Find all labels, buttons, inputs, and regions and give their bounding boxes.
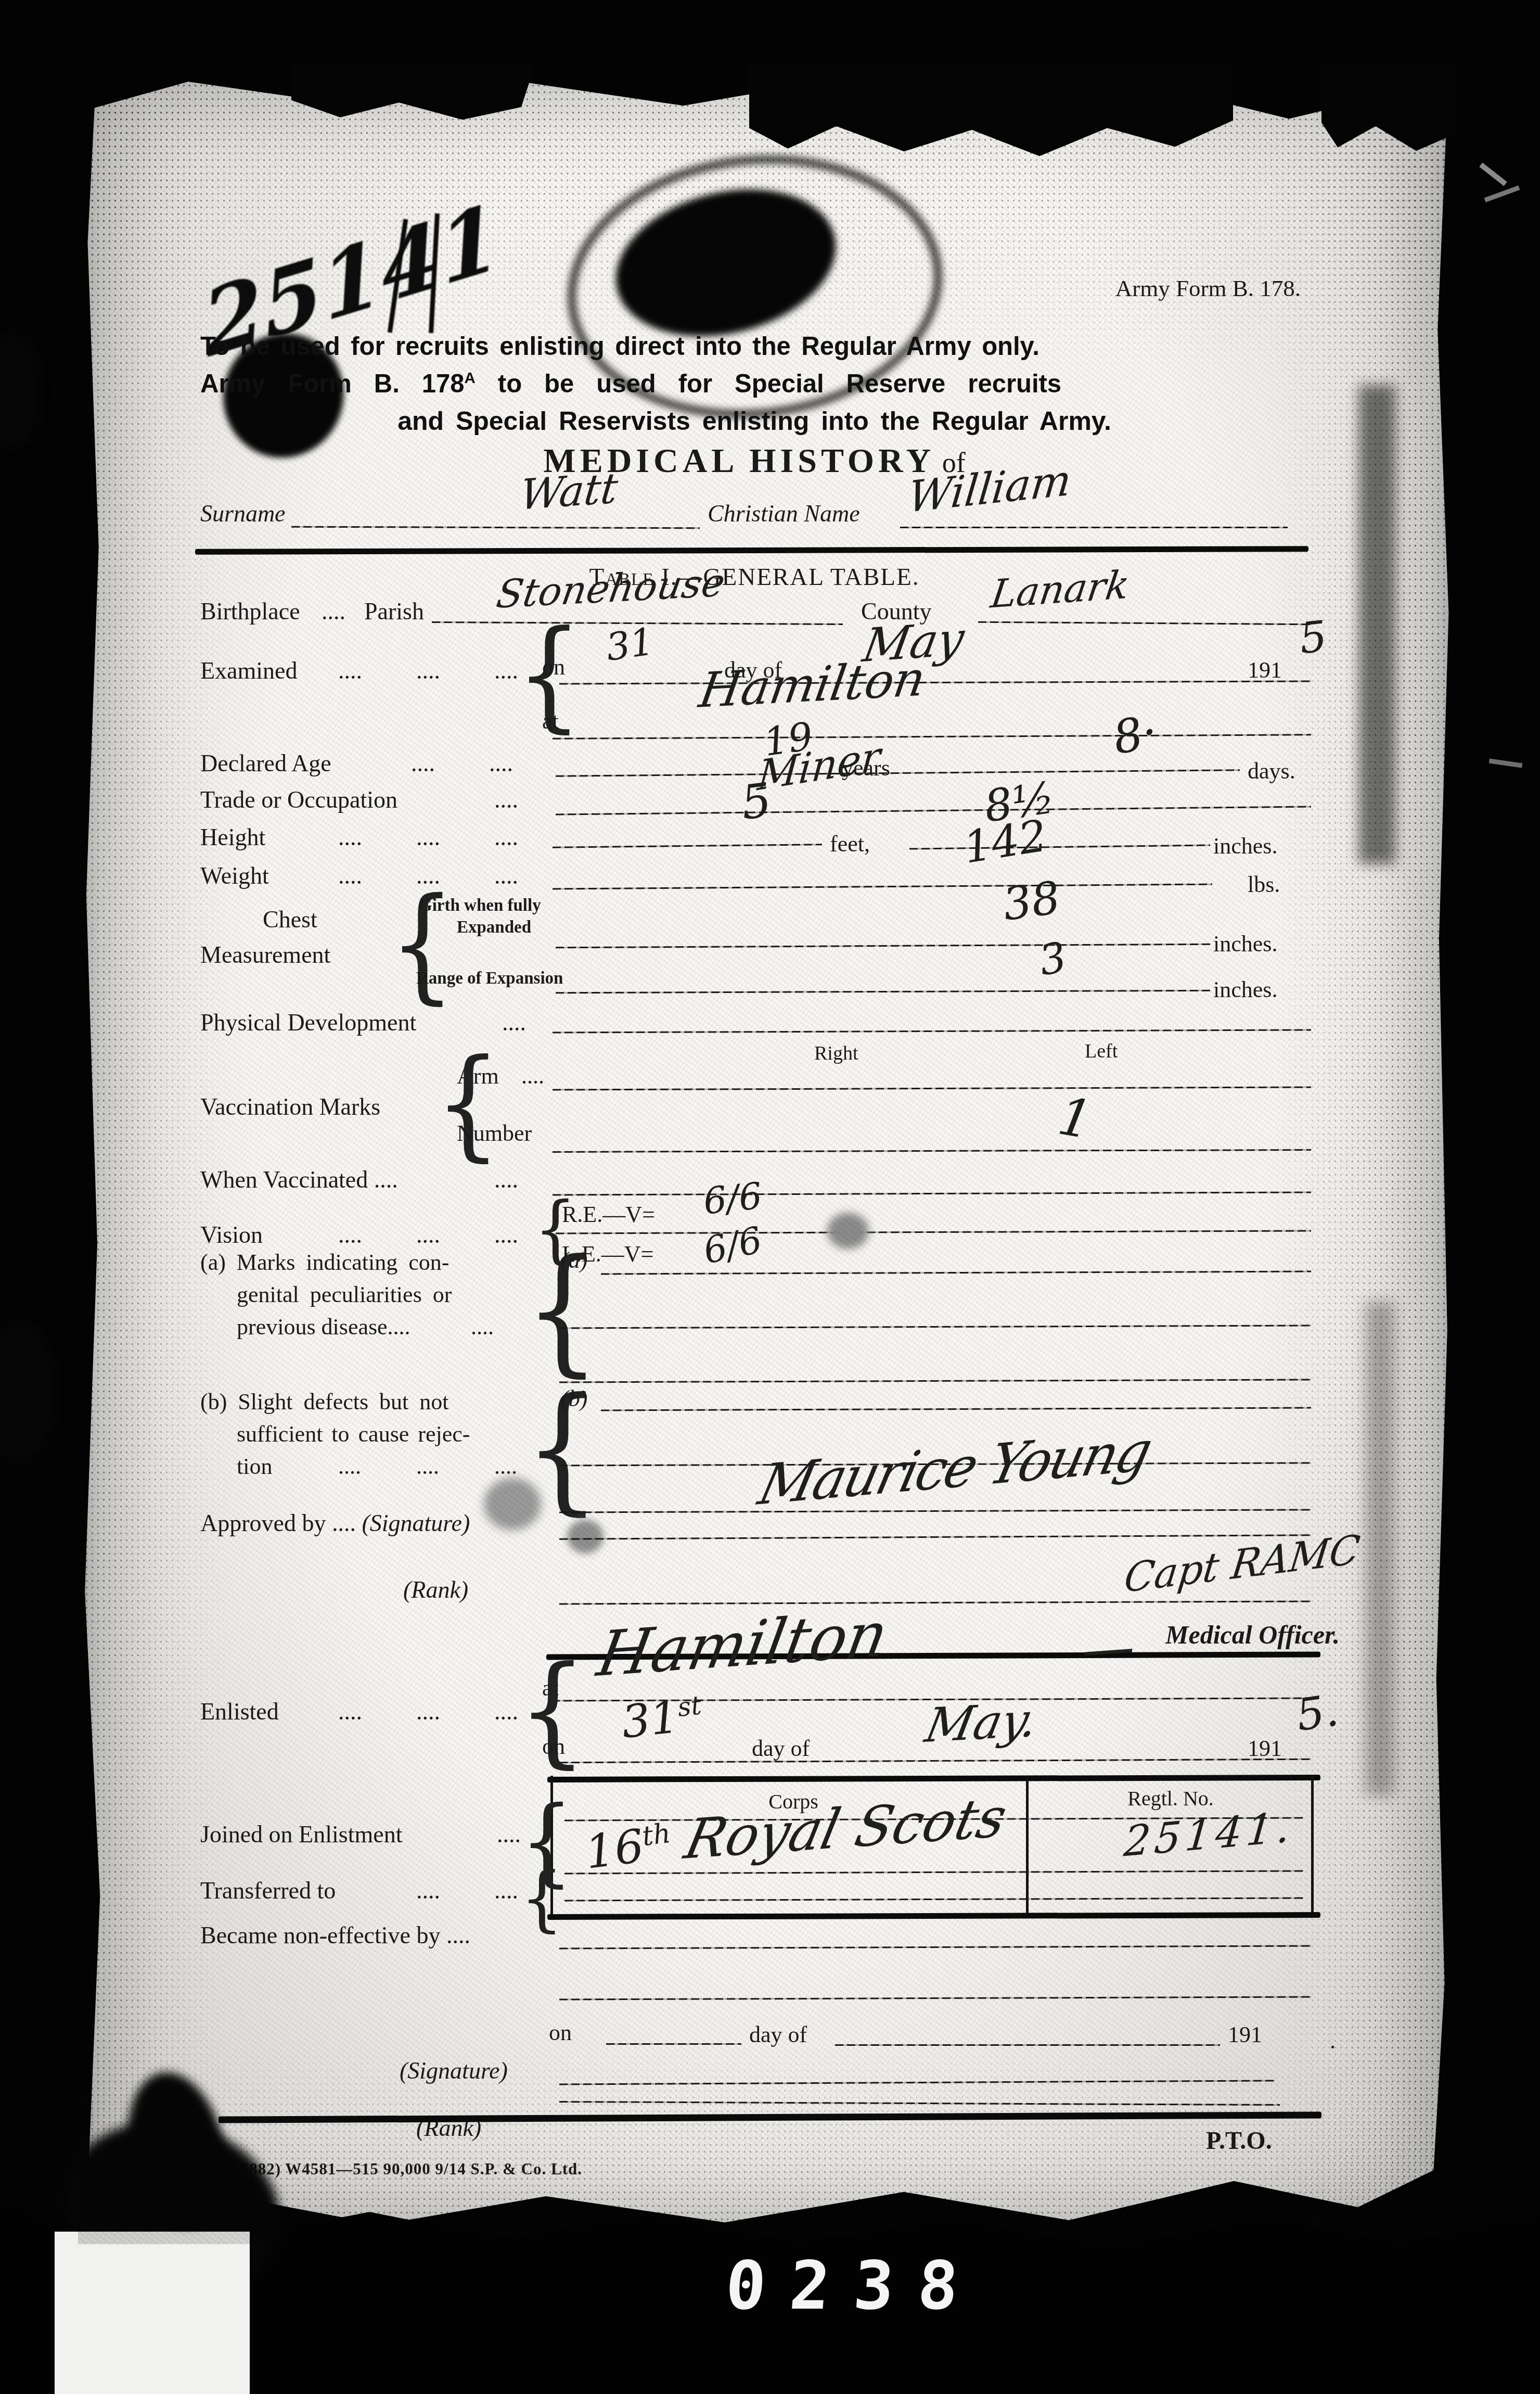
enlisted-year-prefix: 191 <box>1248 1735 1282 1762</box>
christian-name-label: Christian Name <box>708 500 860 527</box>
dot-leader: .... <box>494 823 518 851</box>
trade-label: Trade or Occupation <box>200 786 397 813</box>
a-text-2: genital peculiarities or <box>237 1281 452 1308</box>
stain <box>567 1520 604 1553</box>
number-label: Number <box>457 1120 532 1147</box>
scan-bottom-white-patch <box>55 2232 250 2394</box>
dot-leader: .... <box>338 1221 362 1249</box>
chest-label-2: Measurement <box>200 941 330 969</box>
vaccination-marks-label: Vaccination Marks <box>200 1093 380 1120</box>
notice-line-3: and Special Reservists enlisting into th… <box>200 406 1308 436</box>
feet-label: feet, <box>830 831 870 857</box>
scan-edge-blotch <box>0 1322 57 1462</box>
dot-leader: .... <box>338 862 362 889</box>
inches-label-3: inches. <box>1213 976 1277 1003</box>
enlisted-day-handwriting: 31st <box>619 1688 705 1749</box>
dot-leader: .... <box>416 1877 440 1904</box>
examined-at-label: at <box>542 708 559 734</box>
approved-signature-label: (Signature) <box>362 1510 470 1536</box>
dot-leader: .... <box>416 823 440 851</box>
rank-label-top: (Rank) <box>403 1576 468 1603</box>
dot-leader: .... <box>411 749 435 777</box>
dot-leader: .... <box>338 657 362 684</box>
dot-leader: .... <box>471 1314 494 1340</box>
dot-leader: .... <box>494 1166 518 1193</box>
scan-streak-right <box>1359 385 1395 864</box>
parish-label: Parish <box>364 597 424 625</box>
when-vaccinated-label: When Vaccinated .... <box>200 1166 398 1193</box>
notice-line-2-sup: A <box>465 370 476 387</box>
examined-year-prefix: 191 <box>1248 657 1282 683</box>
page-title: MEDICAL HISTORY of <box>200 441 1308 481</box>
enlisted-dayof-label: day of <box>752 1735 810 1762</box>
bottom-dayof-line <box>835 2044 1220 2046</box>
corps-num: 16 <box>582 1819 647 1879</box>
examined-year-handwriting: 5 <box>1297 612 1329 664</box>
bottom-on-line <box>606 2043 741 2045</box>
scanned-army-form: 25141 Army Form B. 178. To be used for r… <box>0 0 1540 2394</box>
right-column-label: Right <box>814 1042 858 1065</box>
inches-label-2: inches. <box>1213 931 1277 957</box>
scan-edge-blotch <box>0 333 42 448</box>
corps-table-divider <box>1026 1777 1029 1915</box>
stain <box>827 1213 869 1249</box>
girth-label-2: Expanded <box>457 918 531 937</box>
joined-on-enlistment-label: Joined on Enlistment <box>200 1820 402 1848</box>
pen-mark <box>1489 759 1523 768</box>
approved-by-text: Approved by .... <box>200 1510 356 1536</box>
dot-leader: .... <box>494 1877 518 1904</box>
dot-leader: .... <box>497 1820 521 1848</box>
enlisted-on-label: on <box>542 1733 565 1760</box>
transferred-to-label: Transferred to <box>200 1877 336 1904</box>
notice-line-2-pre: Army Form B. 178 <box>200 369 465 398</box>
stain <box>484 1478 541 1530</box>
dot-leader: .... <box>521 1063 544 1089</box>
dot-leader: .... <box>322 597 345 625</box>
dot-leader: .... <box>338 1453 361 1480</box>
corps-table-right-border <box>1311 1776 1314 1915</box>
dot-leader: .... <box>494 1698 518 1725</box>
dot-leader: .... <box>416 657 440 684</box>
bottom-year-period: . <box>1330 2028 1336 2054</box>
pen-mark <box>1484 185 1520 202</box>
enlisted-month-handwriting: May. <box>921 1692 1043 1753</box>
corps-num-handwriting: 16th <box>582 1815 675 1879</box>
dot-leader: .... <box>494 786 518 813</box>
b-text-2: sufficient to cause rejec- <box>237 1421 470 1447</box>
dot-leader: .... <box>416 1698 440 1725</box>
vision-re-handwriting: 6/6 <box>701 1174 764 1223</box>
a-text-1: (a) Marks indicating con- <box>200 1249 449 1276</box>
vision-re-label: R.E.—V= <box>562 1201 655 1228</box>
enlisted-day-num: 31 <box>619 1691 681 1749</box>
left-column-label: Left <box>1085 1040 1118 1063</box>
physical-dev-label: Physical Development <box>200 1009 416 1036</box>
dot-leader: .... <box>416 1453 439 1480</box>
scan-streak-right <box>1366 1301 1394 1796</box>
a-text-3: previous disease.... <box>237 1314 410 1340</box>
corps-num-suffix: th <box>640 1818 672 1852</box>
chest-label-1: Chest <box>263 906 317 933</box>
days-label: days. <box>1248 758 1295 784</box>
dot-leader: .... <box>494 1221 518 1249</box>
girth-label-1: Girth when fully <box>419 896 541 915</box>
pto-label: P.T.O. <box>1206 2126 1272 2155</box>
dot-leader: .... <box>416 1221 440 1249</box>
age-days-handwriting: 8· <box>1109 704 1162 765</box>
declared-age-label: Declared Age <box>200 749 331 777</box>
christian-name-line <box>900 527 1288 528</box>
form-number: Army Form B. 178. <box>1041 275 1301 302</box>
height-label: Height <box>200 823 265 851</box>
print-code: (15882) W4581—515 90,000 9/14 S.P. & Co.… <box>226 2160 582 2179</box>
birthplace-label: Birthplace <box>200 597 300 625</box>
examined-label: Examined <box>200 657 298 684</box>
enlisted-label: Enlisted <box>200 1698 279 1725</box>
chest-girth-handwriting: 38 <box>1000 872 1063 931</box>
dot-leader: .... <box>502 1009 526 1036</box>
bottom-dayof-label: day of <box>749 2021 807 2048</box>
dot-leader: .... <box>338 823 362 851</box>
frame-counter-digits: 0238 <box>723 2247 985 2325</box>
enlisted-day-suffix: st <box>676 1690 703 1722</box>
a-tag: (a) <box>561 1247 587 1274</box>
lbs-label: lbs. <box>1248 871 1280 898</box>
notice-line-1: To be used for recruits enlisting direct… <box>200 331 1039 361</box>
b-text-3: tion <box>237 1453 272 1480</box>
non-effective-label: Became non-effective by .... <box>200 1921 470 1949</box>
signature-label-bottom: (Signature) <box>400 2057 508 2084</box>
bottom-on-label: on <box>549 2019 572 2046</box>
dot-leader: .... <box>489 749 513 777</box>
b-tag: (b) <box>561 1385 587 1412</box>
dot-leader: .... <box>494 862 518 889</box>
examined-day-handwriting: 31 <box>604 619 657 669</box>
medical-officer-label: Medical Officer. <box>1165 1620 1340 1650</box>
approved-by-label: Approved by .... (Signature) <box>200 1509 470 1537</box>
inches-label-1: inches. <box>1213 833 1277 859</box>
surname-handwriting: Watt <box>518 464 620 519</box>
enlisted-year-handwriting: 5. <box>1293 1685 1342 1741</box>
surname-label: Surname <box>200 500 286 527</box>
bottom-year-prefix: 191 <box>1228 2021 1262 2048</box>
b-text-1: (b) Slight defects but not <box>200 1389 449 1415</box>
dot-leader: .... <box>338 1698 362 1725</box>
table-title: Table I.—GENERAL TABLE. <box>200 563 1308 591</box>
notice-line-2-post: to be used for Special Reserve recruits <box>498 369 1061 398</box>
examined-on-label: on <box>542 654 565 680</box>
pen-mark <box>1479 163 1507 186</box>
dot-leader: .... <box>494 1453 517 1480</box>
notice-line-2: Army Form B. 178A to be used for Special… <box>200 368 1061 399</box>
transferred-brace: { <box>520 1863 563 1934</box>
enlisted-dash-handwriting: — <box>1080 1616 1136 1680</box>
vision-label: Vision <box>200 1221 263 1249</box>
dot-leader: .... <box>494 657 518 684</box>
range-label: Range of Expansion <box>416 969 563 988</box>
weight-label: Weight <box>200 862 269 889</box>
